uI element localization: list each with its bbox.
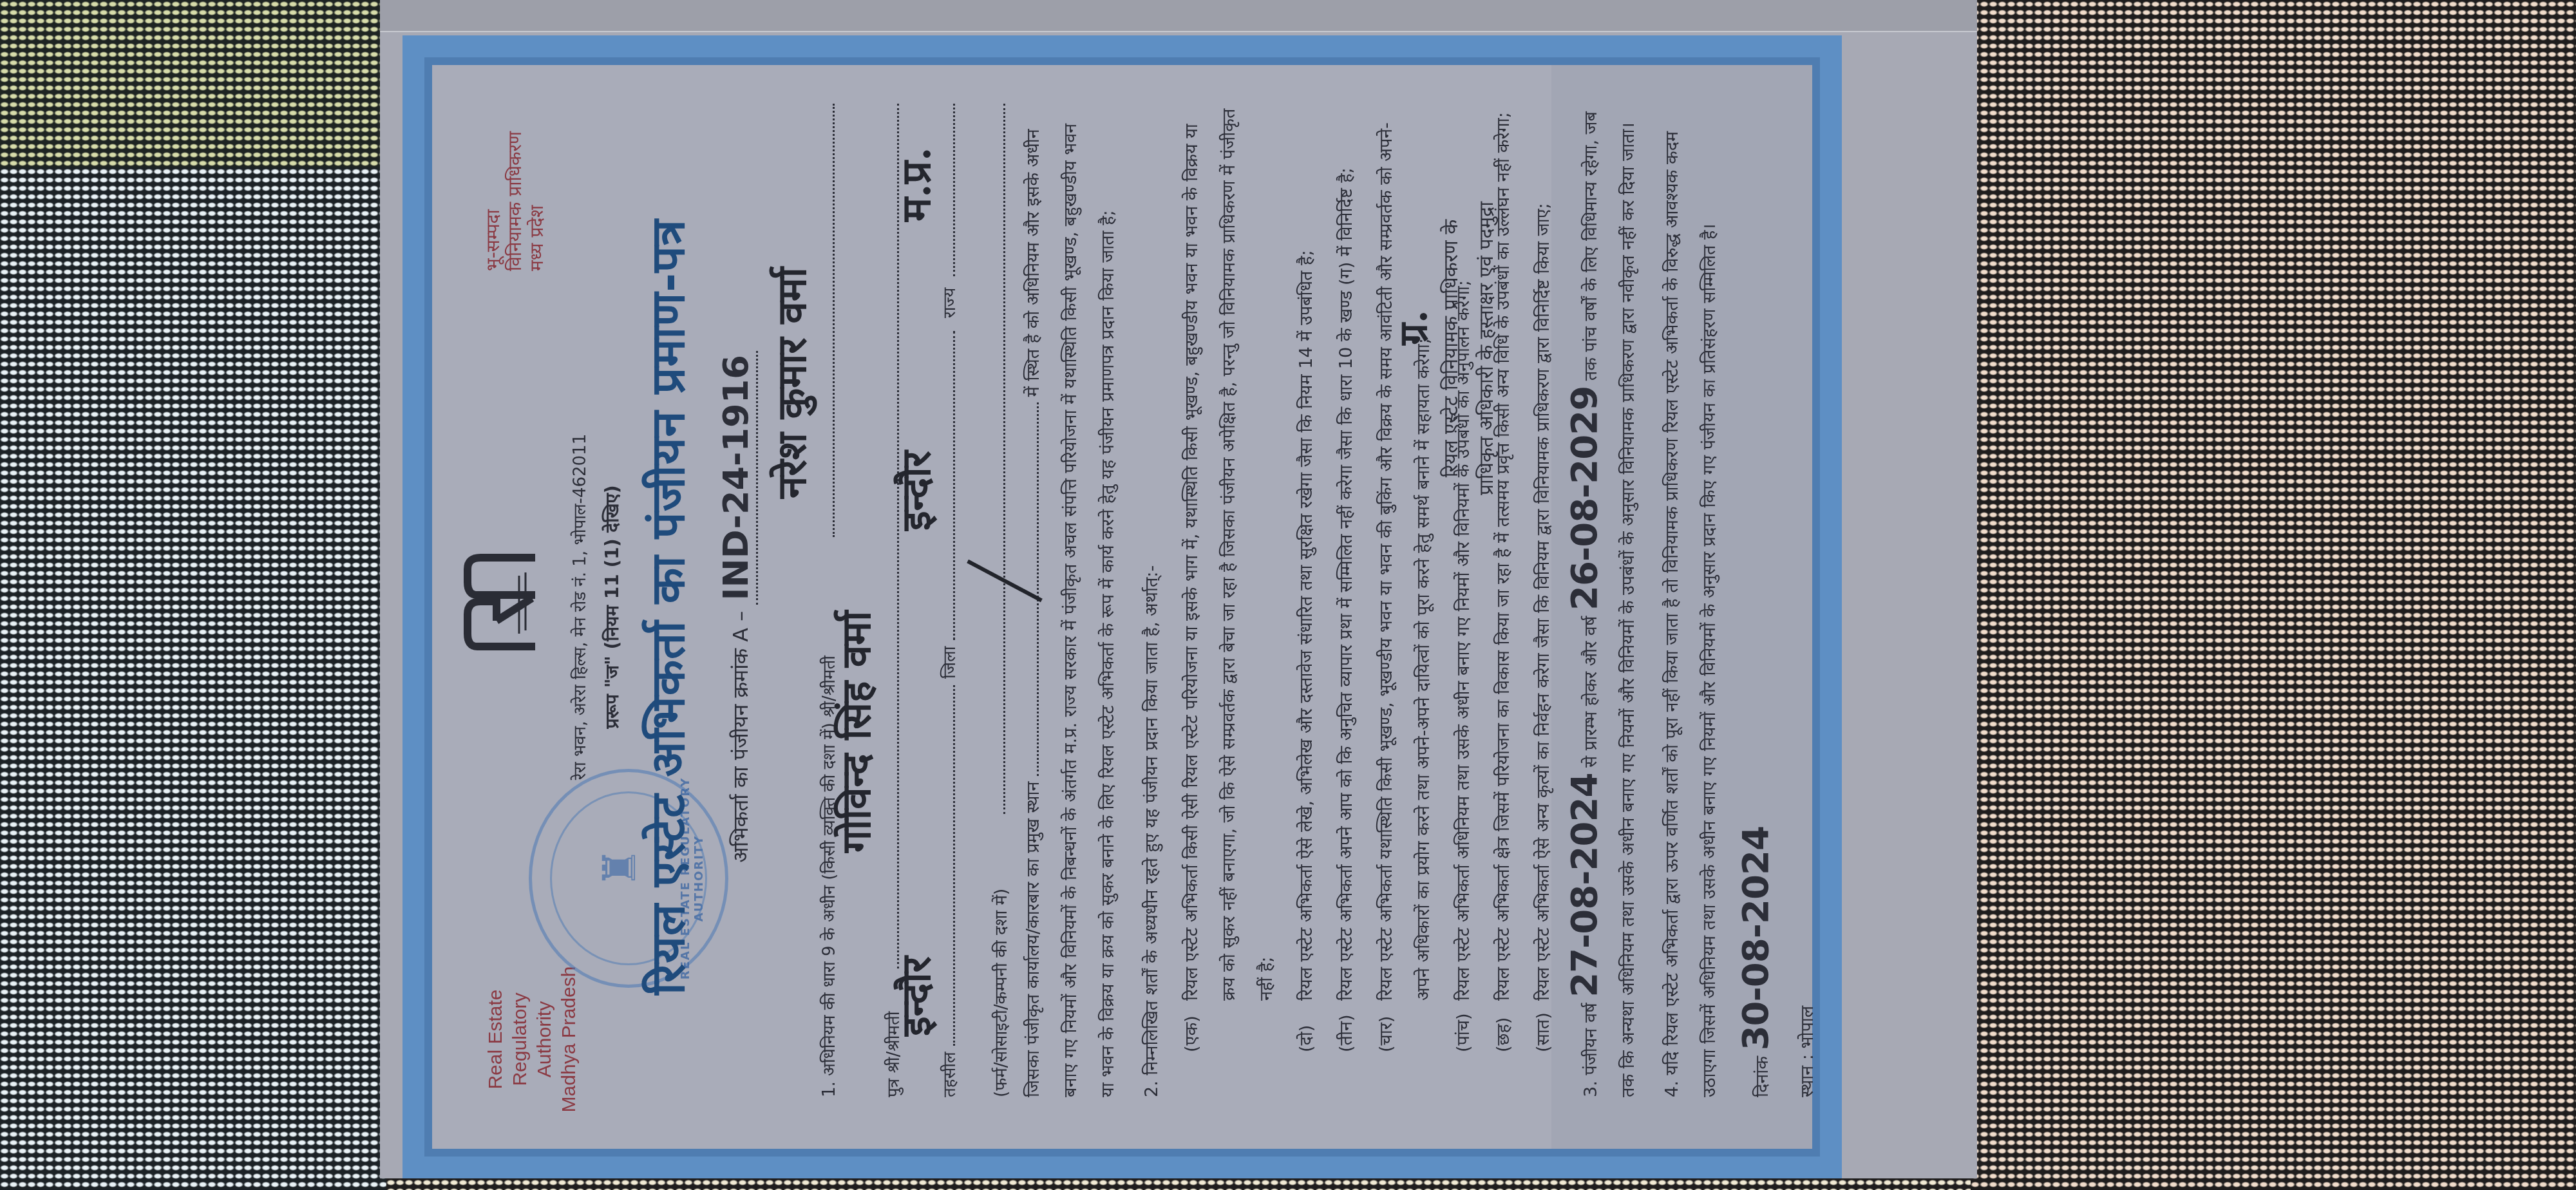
office-paragraph: जिसका पंजीकृत कार्यालय/कारबार का प्रमुख … — [1015, 104, 1127, 1097]
condition-item: (चार)रियल एस्टेट अभिकर्ता यथास्थिति किसी… — [1368, 104, 1443, 1097]
office-paragraph-text: जिसका पंजीकृत कार्यालय/कारबार का प्रमुख … — [1015, 104, 1127, 1097]
condition-label: (तीन) — [1328, 1001, 1365, 1052]
issue-date: दिनांक 30-08-2024 — [1738, 826, 1781, 1097]
office-dotted-line — [1024, 402, 1039, 776]
revocation-paragraph: 4. यदि रियल एस्टेट अभिकर्ता द्वारा ऊपर व… — [1654, 104, 1728, 1097]
issue-place-value: भोपाल — [1797, 1006, 1817, 1049]
validity-prefix: 3. पंजीयन वर्ष — [1581, 1003, 1601, 1097]
registration-number-label: अभिकर्ता का पंजीयन क्रमांक A – — [728, 611, 753, 863]
footer: दिनांक 30-08-2024 स्थान : भोपाल — [1738, 104, 1847, 1097]
condition-text: रियल एस्टेट अभिकर्ता यथास्थिति किसी भूखण… — [1376, 122, 1434, 1001]
perforated-metal-background-left-lit — [0, 0, 386, 167]
perforated-metal-background-right — [1971, 0, 2576, 1190]
condition-label: (सात) — [1525, 1001, 1562, 1052]
official-seal-stamp: ♜ REAL ESTATE REGULATORY AUTHORITY — [529, 769, 728, 988]
parent-name-row: पुत्र श्री/श्रीमती गोविन्द सिंह वर्मा — [838, 104, 905, 1097]
condition-label: (एक) — [1173, 1001, 1211, 1052]
condition-item: (एक)रियल एस्टेट अभिकर्ता किसी ऐसी रियल ए… — [1173, 104, 1285, 1097]
condition-item: (सात)रियल एस्टेट अभिकर्ता ऐसे अन्य कृत्य… — [1525, 104, 1562, 1097]
authority-hi-line-2: विनियामक प्राधिकरण — [504, 104, 526, 271]
perforated-metal-background-bottom — [386, 1178, 1971, 1190]
signatory-block: रियल एस्टेट विनियामक प्राधिकरण के प्राधि… — [1437, 142, 1499, 554]
issue-date-label: दिनांक — [1752, 1056, 1772, 1097]
rera-logo-icon — [458, 550, 542, 659]
condition-label: (पांच) — [1445, 1001, 1482, 1052]
authority-hi-line-1: भू-सम्पदा — [482, 104, 504, 271]
office-label: जिसका पंजीकृत कार्यालय/कारबार का प्रमुख … — [1023, 781, 1043, 1097]
authority-name-hindi: भू-सम्पदा विनियामक प्राधिकरण मध्य प्रदेश — [482, 104, 548, 271]
state-handwritten: म.प्र. — [898, 147, 935, 222]
certificate: Real Estate Regulatory Authority Madhya … — [402, 35, 1842, 1178]
authority-address: रेरा भवन, अरेरा हिल्स, मेन रोड नं. 1, भो… — [567, 65, 591, 1149]
conditions-intro: 2. निम्नलिखित शर्तों के अध्यधीन रहते हुए… — [1133, 104, 1171, 1097]
certificate-title: रियल एस्टेट अभिकर्ता का पंजीयन प्रमाण-पत… — [635, 65, 698, 1149]
district-handwritten: इन्दौर — [898, 451, 935, 531]
state-label: राज्य — [931, 288, 969, 318]
issue-place-label: स्थान — [1797, 1066, 1817, 1097]
certificate-body: 1. अधिनियम की धारा 9 के अधीन (किसी व्यक्… — [773, 104, 1847, 1097]
condition-label: (दो) — [1288, 1001, 1325, 1052]
authority-en-line-1: Real Estate — [484, 956, 508, 1123]
validity-middle-text: से प्रारम्भ होकर और वर्ष — [1581, 616, 1601, 768]
signatory-line-1: रियल एस्टेट विनियामक प्राधिकरण के — [1437, 142, 1463, 554]
firm-row: (फर्म/सोसाइटी/कम्पनी की दशा में) — [970, 104, 1015, 1097]
agent-name-row: 1. अधिनियम की धारा 9 के अधीन (किसी व्यक्… — [773, 104, 838, 1097]
condition-text: रियल एस्टेट अभिकर्ता अपने आप को कि अनुचि… — [1336, 167, 1356, 1001]
valid-from-date: 27-08-2024 — [1564, 773, 1605, 997]
conditions-list: (एक)रियल एस्टेट अभिकर्ता किसी ऐसी रियल ए… — [1173, 104, 1562, 1097]
parent-name-dotted-line — [897, 104, 899, 968]
district-label: जिला — [931, 647, 969, 679]
perforated-metal-background-left — [0, 0, 386, 1190]
condition-item: (तीन)रियल एस्टेट अभिकर्ता अपने आप को कि … — [1328, 104, 1365, 1097]
condition-text: रियल एस्टेट अभिकर्ता किसी ऐसी रियल एस्टे… — [1182, 109, 1276, 1001]
condition-label: (छह) — [1485, 1001, 1522, 1052]
district-dotted-line — [953, 331, 955, 640]
tehsil-label: तहसील — [931, 1052, 969, 1097]
condition-text: रियल एस्टेट अभिकर्ता ऐसे अन्य कृत्यों का… — [1533, 203, 1553, 1001]
certificate-paper: Real Estate Regulatory Authority Madhya … — [432, 65, 1551, 1149]
tehsil-dotted-line — [953, 685, 955, 1046]
authority-en-line-2: Regulatory Authority — [508, 956, 557, 1123]
condition-item: (दो)रियल एस्टेट अभिकर्ता ऐसे लेखे, अभिले… — [1288, 104, 1325, 1097]
registration-number-line: अभिकर्ता का पंजीयन क्रमांक A – IND-24-19… — [715, 65, 756, 1149]
firm-dotted-line — [1003, 104, 1005, 814]
registration-number: IND-24-1916 — [715, 351, 758, 604]
address-row: तहसील इन्दौर जिला इन्दौर राज्य म.प्र. — [905, 104, 970, 1097]
valid-to-date: 26-08-2029 — [1564, 386, 1605, 610]
parent-name-handwritten: गोविन्द सिंह वर्मा — [838, 611, 875, 853]
authority-hi-line-3: मध्य प्रदेश — [526, 104, 548, 271]
plastic-sleeve-edge — [380, 0, 1977, 32]
agent-name-dotted-line — [833, 104, 835, 537]
validity-paragraph: 3. पंजीयन वर्ष 27-08-2024 से प्रारम्भ हो… — [1566, 104, 1647, 1097]
condition-text: रियल एस्टेट अभिकर्ता ऐसे लेखे, अभिलेख और… — [1296, 250, 1316, 1001]
condition-label: (चार) — [1368, 1001, 1405, 1052]
issue-place: स्थान : भोपाल — [1789, 1006, 1826, 1097]
tehsil-handwritten: इन्दौर — [898, 956, 935, 1036]
state-dotted-line — [953, 104, 955, 276]
signature: ग्र. — [1385, 310, 1438, 345]
issue-date-value: 30-08-2024 — [1735, 826, 1777, 1050]
agent-name-handwritten: नरेश कुमार वर्मा — [773, 267, 811, 498]
signatory-line-2: प्राधिकृत अधिकारी के हस्ताक्षर एवं पदमुद… — [1472, 142, 1499, 554]
form-reference: प्ररूप "ज" (नियम 11 (1) देखिए) — [600, 65, 624, 1149]
